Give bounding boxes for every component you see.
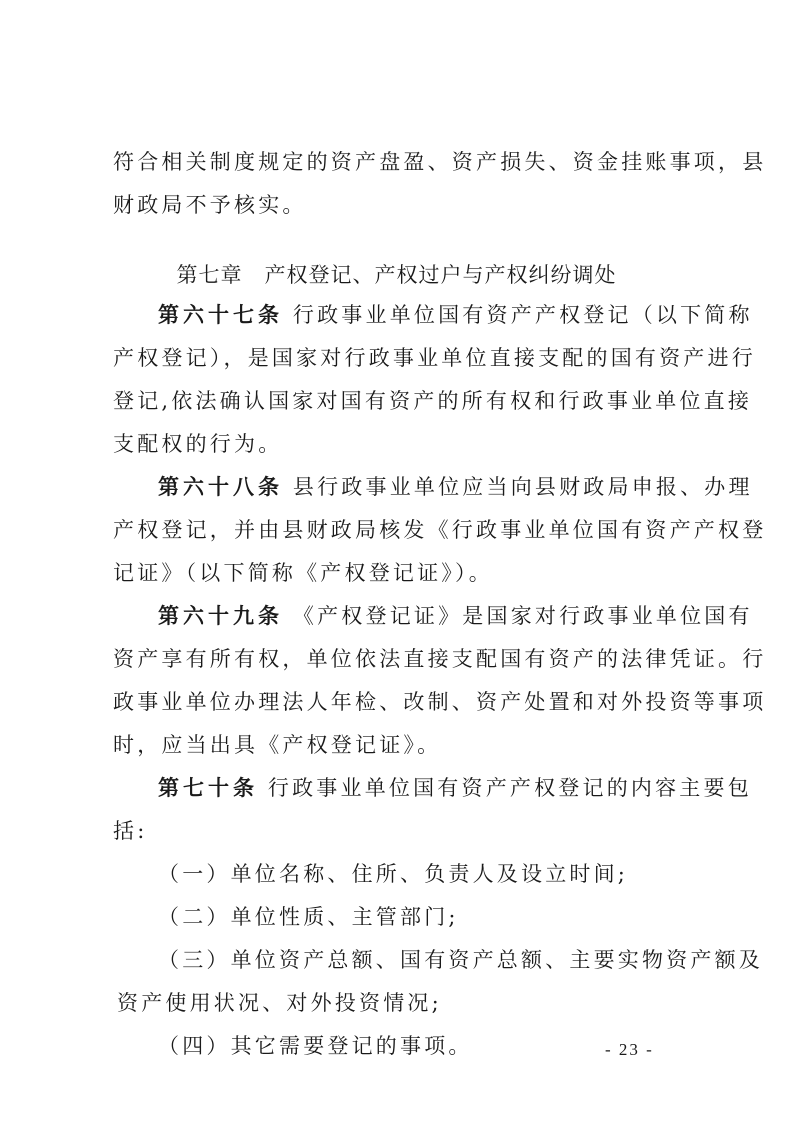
paragraph-line: 括: bbox=[113, 819, 681, 843]
article-68-first-line: 第六十八条 县行政事业单位应当向县财政局申报、办理 bbox=[158, 475, 726, 499]
article-title: 第六十九条 bbox=[158, 604, 283, 628]
paragraph-line: 支配权的行为。 bbox=[113, 432, 681, 456]
paragraph-line: 产权登记），是国家对行政事业单位直接支配的国有资产进行 bbox=[113, 346, 681, 370]
paragraph-line: 产权登记，并由县财政局核发《行政事业单位国有资产产权登 bbox=[113, 518, 681, 542]
page-number: - 23 - bbox=[605, 1040, 654, 1060]
list-item: （二）单位性质、主管部门; bbox=[158, 905, 726, 929]
article-67-first-line: 第六十七条 行政事业单位国有资产产权登记（以下简称 bbox=[158, 303, 726, 327]
article-69-first-line: 第六十九条 《产权登记证》是国家对行政事业单位国有 bbox=[158, 604, 726, 628]
paragraph-line: 财政局不予核实。 bbox=[113, 193, 681, 217]
article-text: 行政事业单位国有资产产权登记的内容主要包 bbox=[268, 776, 752, 800]
paragraph-line: 资产享有所有权，单位依法直接支配国有资产的法律凭证。行 bbox=[113, 647, 681, 671]
article-text: 县行政事业单位应当向县财政局申报、办理 bbox=[293, 475, 753, 499]
list-item-continuation: 资产使用状况、对外投资情况; bbox=[117, 991, 685, 1015]
document-page: 符合相关制度规定的资产盘盈、资产损失、资金挂账事项，县 财政局不予核实。 第七章… bbox=[0, 0, 793, 1122]
article-70-first-line: 第七十条 行政事业单位国有资产产权登记的内容主要包 bbox=[158, 776, 726, 800]
article-title: 第六十八条 bbox=[158, 475, 283, 499]
paragraph-line: 符合相关制度规定的资产盘盈、资产损失、资金挂账事项，县 bbox=[113, 150, 681, 174]
paragraph-line: 登记,依法确认国家对国有资产的所有权和行政事业单位直接 bbox=[113, 389, 681, 413]
article-title: 第六十七条 bbox=[158, 303, 283, 327]
list-item: （一）单位名称、住所、负责人及设立时间; bbox=[158, 862, 726, 886]
article-title: 第七十条 bbox=[158, 776, 258, 800]
paragraph-line: 记证》（以下简称《产权登记证》）。 bbox=[113, 561, 681, 585]
paragraph-line: 时，应当出具《产权登记证》。 bbox=[113, 733, 681, 757]
list-item: （三）单位资产总额、国有资产总额、主要实物资产额及 bbox=[158, 948, 726, 972]
article-text: 行政事业单位国有资产产权登记（以下简称 bbox=[293, 303, 753, 327]
chapter-heading: 第七章 产权登记、产权过户与产权纠纷调处 bbox=[0, 259, 793, 289]
paragraph-line: 政事业单位办理法人年检、改制、资产处置和对外投资等事项 bbox=[113, 690, 681, 714]
article-text: 《产权登记证》是国家对行政事业单位国有 bbox=[293, 604, 753, 628]
